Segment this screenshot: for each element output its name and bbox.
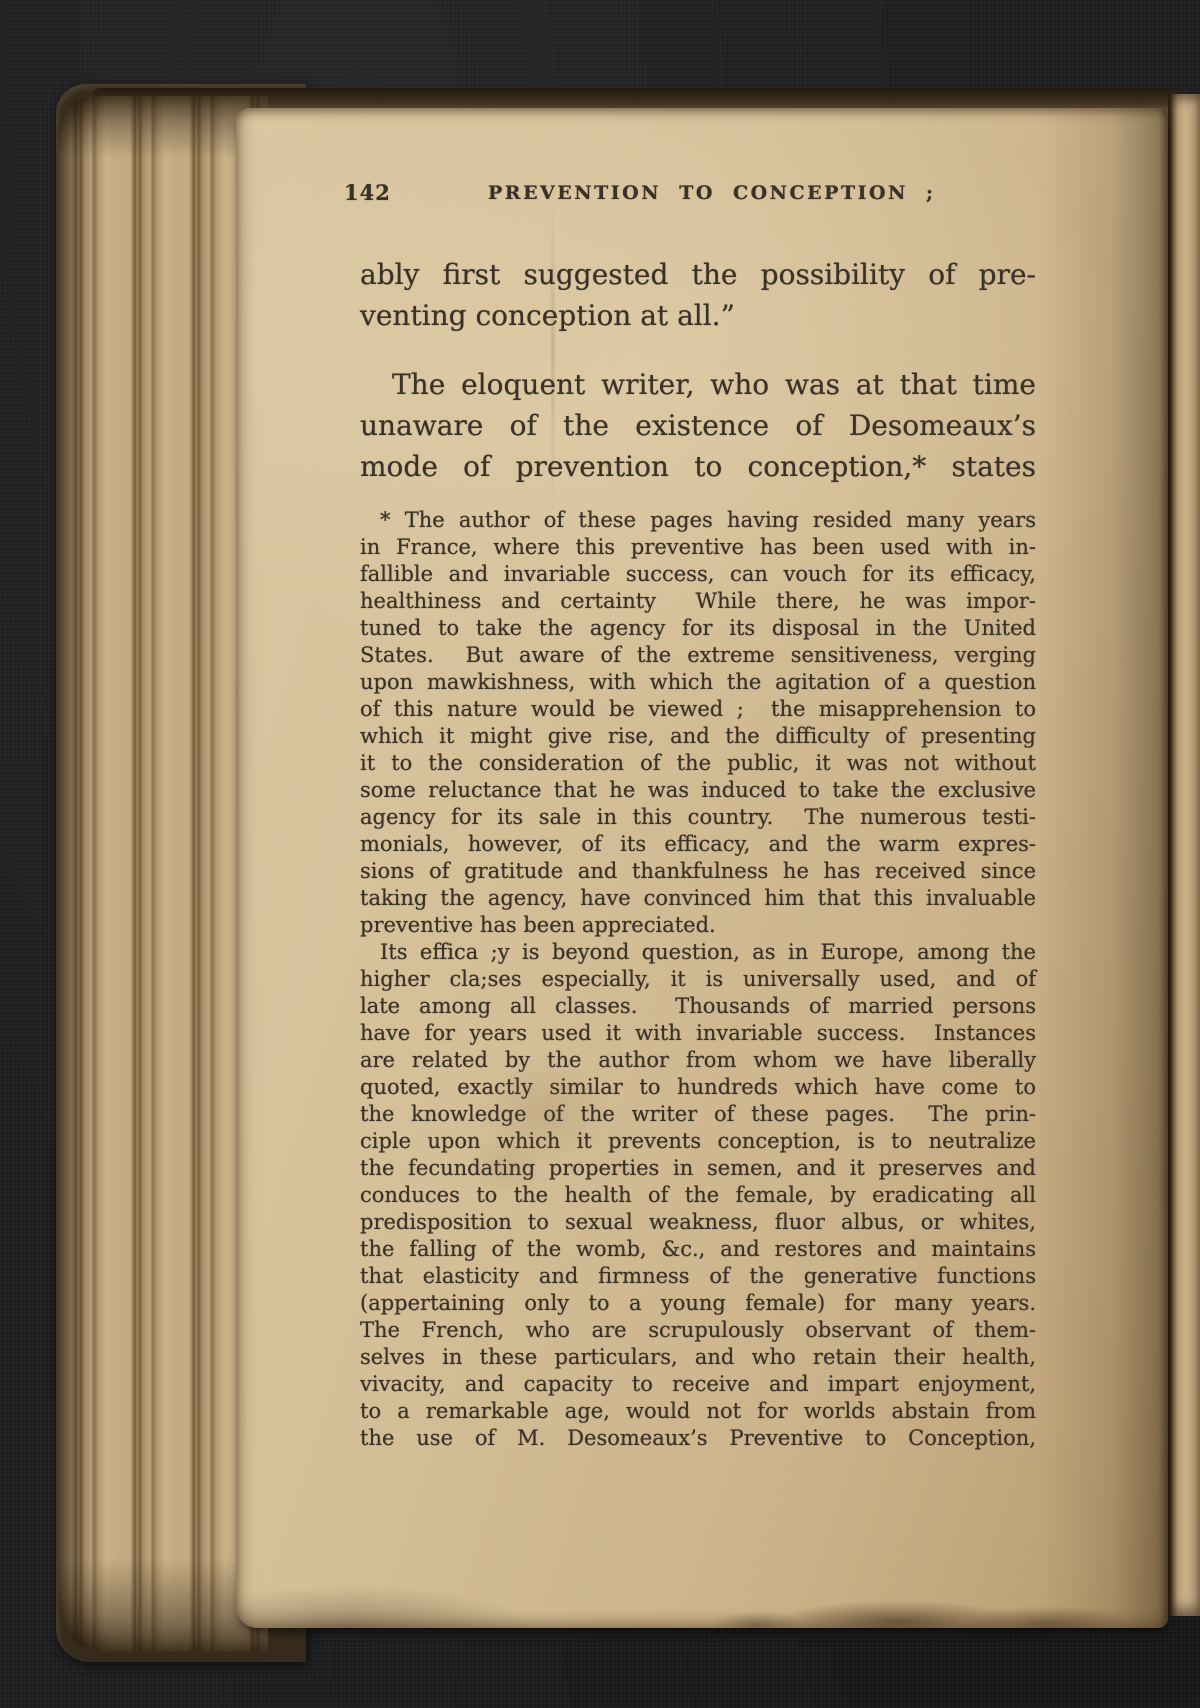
photo-background: 142 PREVENTION TO CONCEPTION ; ably firs…	[0, 0, 1200, 1708]
text-line: The eloquent writer, who was at that tim…	[360, 364, 1036, 405]
text-line: of this nature would be viewed ; the mis…	[360, 696, 1036, 723]
paragraph-continued: ably first suggested the possibility of …	[360, 254, 1036, 336]
text-line: predisposition to sexual weakness, fluor…	[360, 1209, 1036, 1236]
text-line: vivacity, and capacity to receive and im…	[360, 1371, 1036, 1398]
text-line: taking the agency, have convinced him th…	[360, 885, 1036, 912]
text-line: the use of M. Desomeaux’s Preventive to …	[360, 1425, 1036, 1452]
text-line: some reluctance that he was induced to t…	[360, 777, 1036, 804]
text-line: unaware of the existence of Desomeaux’s	[360, 405, 1036, 446]
text-line: tuned to take the agency for its disposa…	[360, 615, 1036, 642]
footnote-paragraph-2: Its effica ;y is beyond question, as in …	[360, 939, 1036, 1452]
text-line: that elasticity and firmness of the gene…	[360, 1263, 1036, 1290]
text-line: have for years used it with invariable s…	[360, 1020, 1036, 1047]
text-line: the knowledge of the writer of these pag…	[360, 1101, 1036, 1128]
text-line: The French, who are scrupulously observa…	[360, 1317, 1036, 1344]
text-line: mode of prevention to conception,* state…	[360, 446, 1036, 487]
text-line: higher cla;ses especially, it is univers…	[360, 966, 1036, 993]
text-line: monials, however, of its efficacy, and t…	[360, 831, 1036, 858]
running-title: PREVENTION TO CONCEPTION ;	[488, 182, 936, 204]
text-line: fallible and invariable success, can vou…	[360, 561, 1036, 588]
text-line: the fecundating properties in semen, and…	[360, 1155, 1036, 1182]
paragraph-eloquent-writer: The eloquent writer, who was at that tim…	[360, 364, 1036, 487]
next-page-edge	[1168, 94, 1200, 1616]
text-line: late among all classes. Thousands of mar…	[360, 993, 1036, 1020]
text-line: agency for its sale in this country. The…	[360, 804, 1036, 831]
text-line: upon mawkishness, with which the agitati…	[360, 669, 1036, 696]
book-page: 142 PREVENTION TO CONCEPTION ; ably firs…	[236, 108, 1168, 1628]
text-line: selves in these particulars, and who ret…	[360, 1344, 1036, 1371]
text-line: to a remarkable age, would not for world…	[360, 1398, 1036, 1425]
footnote: * The author of these pages having resid…	[360, 507, 1036, 1452]
text-line: the falling of the womb, &c., and restor…	[360, 1236, 1036, 1263]
text-line: ciple upon which it prevents conception,…	[360, 1128, 1036, 1155]
page-number: 142	[344, 180, 391, 205]
text-line: preventive has been appreciated.	[360, 912, 1036, 939]
text-line: it to the consideration of the public, i…	[360, 750, 1036, 777]
text-line: conduces to the health of the female, by…	[360, 1182, 1036, 1209]
text-line: venting conception at all.”	[360, 295, 1036, 336]
printed-text-block: 142 PREVENTION TO CONCEPTION ; ably firs…	[360, 108, 1036, 1452]
text-line: sions of gratitude and thankfulness he h…	[360, 858, 1036, 885]
footnote-paragraph-1: * The author of these pages having resid…	[360, 507, 1036, 939]
page-header: 142 PREVENTION TO CONCEPTION ;	[360, 180, 1036, 210]
text-line: quoted, exactly similar to hundreds whic…	[360, 1074, 1036, 1101]
text-line: Its effica ;y is beyond question, as in …	[360, 939, 1036, 966]
text-line: States. But aware of the extreme sensiti…	[360, 642, 1036, 669]
text-line: are related by the author from whom we h…	[360, 1047, 1036, 1074]
text-line: in France, where this preventive has bee…	[360, 534, 1036, 561]
text-line: which it might give rise, and the diffic…	[360, 723, 1036, 750]
text-line: ably first suggested the possibility of …	[360, 254, 1036, 295]
text-line: (appertaining only to a young female) fo…	[360, 1290, 1036, 1317]
text-line: healthiness and certainty While there, h…	[360, 588, 1036, 615]
text-line: * The author of these pages having resid…	[360, 507, 1036, 534]
